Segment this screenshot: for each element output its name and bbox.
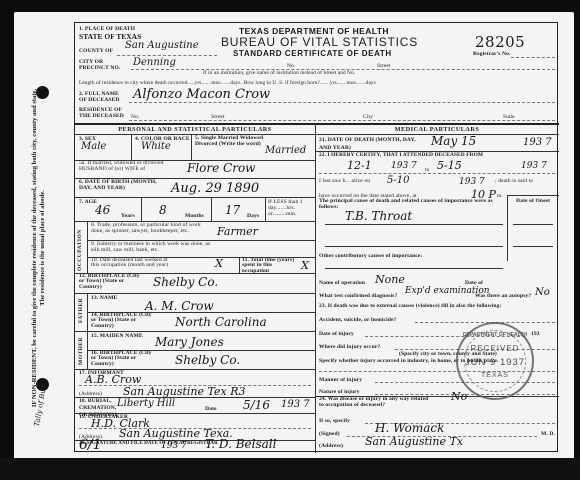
autopsy-value[interactable]: No xyxy=(535,287,550,298)
full-name-label: 2. FULL NAME OF DECEASED xyxy=(79,92,127,103)
line xyxy=(325,224,503,225)
registrar-no-label: Registrar's No. xyxy=(473,51,511,57)
line xyxy=(211,197,212,221)
county-value[interactable]: San Augustine xyxy=(125,40,199,51)
physician-signature[interactable]: H. Womack xyxy=(375,421,444,435)
line xyxy=(75,331,315,332)
registrar-signature[interactable]: T. D. Belsall xyxy=(205,437,276,451)
city-precinct-label: CITY OR PRECINCT NO. xyxy=(79,60,129,71)
attended-from[interactable]: 12-1 xyxy=(347,159,372,172)
stamp-state: TEXAS xyxy=(458,372,532,379)
scan-border-bottom xyxy=(0,458,580,480)
line xyxy=(239,257,240,273)
death-said-label: ; death is said to xyxy=(495,178,533,184)
spouse-label: 5a. If married, widowed or divorced HUSB… xyxy=(79,161,189,172)
occupation-related-label: 24. Was disease or injury in any way rel… xyxy=(319,397,429,408)
trade-value[interactable]: Farmer xyxy=(217,225,258,238)
line xyxy=(507,195,559,196)
signed-label: (Signed) xyxy=(319,431,340,437)
medical-section-title: MEDICAL PARTICULARS xyxy=(315,126,559,133)
physician-address-label: (Address) xyxy=(319,443,343,449)
attended-to-year[interactable]: 193 7 xyxy=(521,161,547,171)
mother-name-label: 15. MAIDEN NAME xyxy=(91,333,143,339)
residence-line xyxy=(129,120,555,121)
line xyxy=(325,268,503,269)
physician-address-value[interactable]: San Augustine Tx xyxy=(365,435,463,448)
manner-label: Manner of injury xyxy=(319,377,362,383)
dob-value[interactable]: Aug. 29 1890 xyxy=(171,181,259,196)
stamp-received: RECEIVED xyxy=(458,344,532,353)
received-stamp: DEPARTMENT OF HEALTH RECEIVED JUN 9 1937… xyxy=(456,322,534,400)
operation-label: Name of operation xyxy=(319,280,365,286)
mother-birthplace-label: 16. BIRTHPLACE (City or Town) (State or … xyxy=(91,351,153,367)
residence-label: RESIDENCE OF THE DECEASED xyxy=(79,108,127,119)
age-days-value[interactable]: 17 xyxy=(225,203,240,217)
line xyxy=(141,197,142,221)
last-worked-label: 10. Date deceased last worked at this oc… xyxy=(91,258,171,269)
line xyxy=(75,293,315,294)
race-value[interactable]: White xyxy=(141,141,171,152)
burial-place-value[interactable]: Liberty Hill xyxy=(117,398,175,409)
last-saw-value[interactable]: 5-10 xyxy=(387,175,409,186)
burial-date-value[interactable]: 5/16 xyxy=(243,398,270,412)
name-line xyxy=(129,102,555,103)
birthplace-label: 12. BIRTHPLACE (City or Town) (State or … xyxy=(79,274,141,290)
dod-label: 21. DATE OF DEATH (month, day, and year) xyxy=(319,136,419,152)
accident-label: Accident, suicide, or homicide? xyxy=(319,317,396,323)
street-label: Street xyxy=(377,63,391,69)
registrar-no-line xyxy=(511,57,555,58)
cause-value[interactable]: T.B. Throat xyxy=(345,209,412,223)
county-label: COUNTY OF xyxy=(79,48,113,54)
birthplace-value[interactable]: Shelby Co. xyxy=(153,275,218,289)
contributory-label: Other contributory causes of importance: xyxy=(319,253,422,259)
line xyxy=(513,246,553,247)
external-causes-label: 23. If death was due to external causes … xyxy=(319,303,501,309)
injury-where-label: Where did injury occur? xyxy=(319,344,380,350)
line xyxy=(191,134,192,160)
md-label: M. D. xyxy=(541,431,555,437)
line xyxy=(131,134,132,160)
if-so-label: If so, specify xyxy=(319,418,350,424)
mother-birthplace-value[interactable]: Shelby Co. xyxy=(175,353,240,367)
days-label: Days xyxy=(247,213,259,219)
father-vertical-label: FATHER xyxy=(78,298,84,323)
mother-vertical-label: MOTHER xyxy=(78,337,84,365)
bureau-title: BUREAU OF VITAL STATISTICS xyxy=(221,35,418,49)
file-year-value[interactable]: 193 7 xyxy=(161,441,187,451)
nature-label: Nature of injury xyxy=(319,389,360,395)
onset-label: Date of Onset xyxy=(515,198,551,204)
years-label: Years xyxy=(121,213,135,219)
father-birthplace-value[interactable]: North Carolina xyxy=(175,315,267,329)
marital-value[interactable]: Married xyxy=(265,145,306,156)
stamp-top-text: DEPARTMENT OF HEALTH xyxy=(458,332,532,338)
father-name-value[interactable]: A. M. Crow xyxy=(145,299,214,313)
certificate-title: STANDARD CERTIFICATE OF DEATH xyxy=(233,49,392,58)
father-name-label: 13. NAME xyxy=(91,295,117,301)
line xyxy=(507,195,508,261)
spouse-value[interactable]: Flore Crow xyxy=(187,161,255,175)
dod-value[interactable]: May 15 xyxy=(431,134,476,148)
last-saw-label: I last saw h... alive on xyxy=(319,178,370,184)
operation-value[interactable]: None xyxy=(375,273,405,286)
attended-from-year[interactable]: 193 7 xyxy=(391,161,417,171)
line xyxy=(325,246,503,247)
county-line xyxy=(117,55,217,56)
line xyxy=(75,197,315,198)
burial-year-value[interactable]: 193 7 xyxy=(281,399,310,410)
personal-section-title: PERSONAL AND STATISTICAL PARTICULARS xyxy=(75,126,315,133)
total-time-value[interactable]: X xyxy=(301,259,309,272)
registration-number: 28205 xyxy=(475,33,525,51)
injury-date-label: Date of injury xyxy=(319,331,354,337)
trade-label: 8. Trade, profession, or particular kind… xyxy=(91,223,211,234)
no-label: No. xyxy=(287,63,296,69)
last-worked-value[interactable]: X xyxy=(215,257,223,270)
mother-name-value[interactable]: Mary Jones xyxy=(155,335,224,349)
months-label: Months xyxy=(185,213,204,219)
burial-date-label: Date xyxy=(205,406,217,412)
line xyxy=(319,173,555,174)
occupation-vertical-label: OCCUPATION xyxy=(77,229,83,271)
city-precinct-value[interactable]: Denning xyxy=(133,57,176,68)
dob-label: 6. DATE OF BIRTH (month, day, and year) xyxy=(79,180,169,191)
header-divider xyxy=(75,123,559,125)
less-than-day: If LESS than 1 day.......hrs. or........… xyxy=(268,199,314,217)
file-date-value[interactable]: 6/1 xyxy=(79,437,102,453)
dod-year[interactable]: 193 7 xyxy=(523,137,552,148)
attended-to[interactable]: 5-15 xyxy=(437,159,462,172)
age-years-value[interactable]: 46 xyxy=(95,203,110,217)
institution-note: If in an institution, give name of insti… xyxy=(203,70,355,76)
column-divider xyxy=(315,123,316,453)
age-months-value[interactable]: 8 xyxy=(159,203,167,217)
test-label: What test confirmed diagnosis? xyxy=(319,293,397,299)
industry-label: 9. Industry or business in which work wa… xyxy=(91,242,211,253)
last-saw-year[interactable]: 193 7 xyxy=(459,177,485,187)
line xyxy=(513,224,553,225)
injury-year-label: 193 xyxy=(531,331,540,337)
autopsy-label: Was there an autopsy? xyxy=(475,293,531,299)
certify-label: 22. I HEREBY CERTIFY, That I attended de… xyxy=(319,152,483,158)
stamp-date: JUN 9 1937 xyxy=(458,357,532,368)
line xyxy=(265,197,266,221)
total-time-label: 11. Total time (years) spent in this occ… xyxy=(242,258,298,274)
father-birthplace-label: 14. BIRTHPLACE (City or Town) (State or … xyxy=(91,313,153,329)
occupation-related-value[interactable]: No xyxy=(451,390,467,403)
residence-length: Length of residence in city where death … xyxy=(79,80,376,86)
line xyxy=(87,221,88,273)
sex-value[interactable]: Male xyxy=(81,141,106,152)
full-name-value[interactable]: Alfonzo Macon Crow xyxy=(133,87,270,102)
